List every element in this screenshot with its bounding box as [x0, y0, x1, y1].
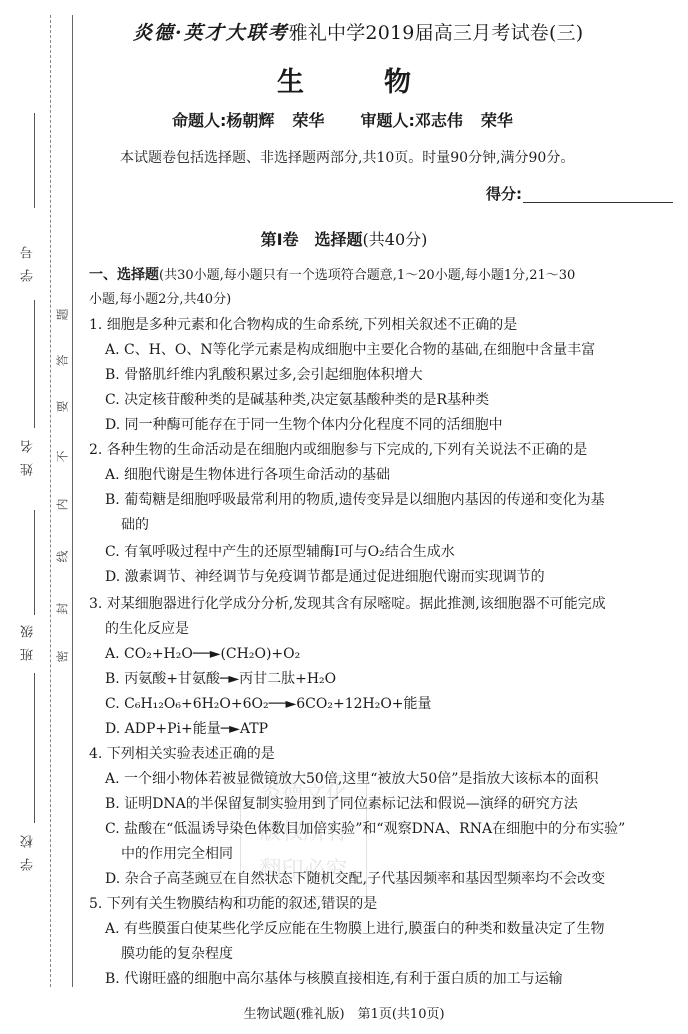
student-id-underline — [34, 113, 35, 208]
question-4-option-b: B. 证明DNA的半保留复制实验用到了同位素标记法和假说—演绎的研究方法 — [105, 795, 578, 813]
question-3-option-a: A. CO₂+H₂O──►(CH₂O)+O₂ — [105, 645, 300, 663]
class-label: 班级 — [21, 615, 37, 661]
name-underline — [34, 510, 35, 615]
question-2-option-b-cont: 础的 — [121, 516, 149, 534]
question-1-option-a: A. C、H、O、N等化学元素是构成细胞中主要化合物的基础,在细胞中含量丰富 — [105, 341, 595, 359]
question-4-option-a: A. 一个细小物体若被显微镜放大50倍,这里“被放大50倍”是指放大该标本的面积 — [105, 770, 598, 788]
question-1-option-c: C. 决定核苷酸种类的是碱基种类,决定氨基酸种类的是R基种类 — [105, 391, 489, 409]
section-desc: 小题,每小题2分,共40分) — [89, 291, 231, 309]
question-2-option-b: B. 葡萄糖是细胞呼吸最常利用的物质,遗传变异是以细胞内基因的传递和变化为基 — [105, 491, 605, 509]
exam-brand: 炎德·英才大联考 — [133, 22, 289, 44]
question-2-option-d: D. 激素调节、神经调节与免疫调节都是通过促进细胞代谢而实现调节的 — [105, 568, 545, 586]
question-2-stem: 2. 各种生物的生命活动是在细胞内或细胞参与下完成的,下列有关说法不正确的是 — [89, 441, 587, 459]
seal-dashed-line — [50, 15, 51, 987]
exam-name: 雅礼中学2019届高三月考试卷(三) — [289, 22, 584, 44]
section-heading: 一、选择题(共30小题,每小题只有一个选项符合题意,1～20小题,每小题1分,2… — [89, 266, 575, 285]
question-1-option-d: D. 同一种酶可能存在于同一生物个体内分化程度不同的活细胞中 — [105, 416, 503, 434]
part-title: 第Ⅰ卷 选择题(共40分) — [0, 227, 688, 250]
question-3-option-b: B. 丙氨酸+甘氨酸─►丙甘二肽+H₂O — [105, 670, 336, 688]
question-4-option-d: D. 杂合子高茎豌豆在自然状态下随机交配,子代基因频率和基因型频率均不会改变 — [105, 870, 605, 888]
question-1-stem: 1. 细胞是多种元素和化合物构成的生命系统,下列相关叙述不正确的是 — [89, 316, 517, 334]
question-2-option-a: A. 细胞代谢是生物体进行各项生命活动的基础 — [105, 466, 390, 484]
exam-intro: 本试题卷包括选择题、非选择题两部分,共10页。时量90分钟,满分90分。 — [120, 147, 574, 167]
binding-line — [72, 15, 73, 987]
question-5-stem: 5. 下列有关生物膜结构和功能的叙述,错误的是 — [89, 895, 377, 913]
question-5-option-a-cont: 膜功能的复杂程度 — [121, 945, 233, 963]
school-label: 学校 — [21, 825, 37, 871]
question-3-option-c: C. C₆H₁₂O₆+6H₂O+6O₂──►6CO₂+12H₂O+能量 — [105, 695, 432, 713]
score-field[interactable] — [523, 202, 673, 203]
question-4-option-c: C. 盐酸在“低温诱导染色体数目加倍实验”和“观察DNA、RNA在细胞中的分布实… — [105, 820, 625, 838]
question-2-option-c: C. 有氧呼吸过程中产生的还原型辅酶Ⅰ可与O₂结合生成水 — [105, 543, 455, 561]
page-footer: 生物试题(雅礼版) 第1页(共10页) — [0, 1003, 688, 1022]
class-underline — [34, 673, 35, 823]
authors-line: 命题人:杨朝辉荣华审题人:邓志伟荣华 — [172, 108, 513, 131]
question-3-stem: 3. 对某细胞器进行化学成分分析,发现其含有尿嘧啶。据此推测,该细胞器不可能完成 — [89, 595, 606, 613]
subject-title: 生物 — [0, 60, 688, 99]
name-underline-top — [34, 300, 35, 428]
question-3-option-d: D. ADP+Pi+能量─►ATP — [105, 720, 268, 738]
score-label: 得分: — [486, 183, 522, 204]
name-label: 姓名 — [21, 430, 37, 476]
question-3-stem-cont: 的生化反应是 — [105, 620, 189, 638]
question-5-option-b: B. 代谢旺盛的细胞中高尔基体与核膜直接相连,有利于蛋白质的加工与运输 — [105, 970, 563, 988]
question-4-stem: 4. 下列相关实验表述正确的是 — [89, 745, 275, 763]
exam-title: 炎德·英才大联考雅礼中学2019届高三月考试卷(三) — [133, 18, 583, 45]
question-5-option-a: A. 有些膜蛋白使某些化学反应能在生物膜上进行,膜蛋白的种类和数量决定了生物 — [105, 920, 604, 938]
question-1-option-b: B. 骨骼肌纤维内乳酸积累过多,会引起细胞体积增大 — [105, 366, 423, 384]
question-4-option-c-cont: 中的作用完全相同 — [121, 845, 233, 863]
